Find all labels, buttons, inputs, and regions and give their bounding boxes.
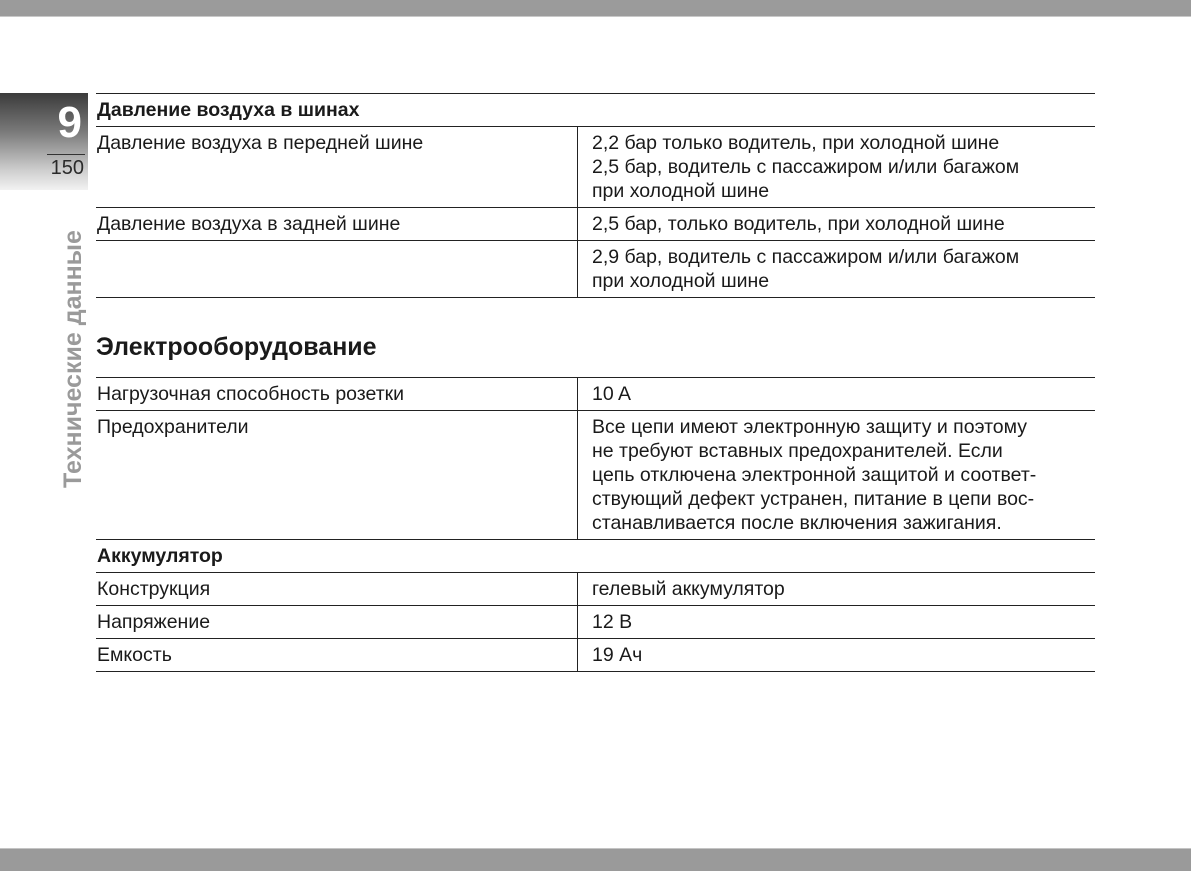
table-row: Нагрузочная способность розетки 10 A <box>96 378 1095 411</box>
row-value: 10 A <box>578 378 1096 411</box>
chapter-side-title: Технические данные <box>58 230 88 488</box>
value-line: при холодной шине <box>592 179 1095 203</box>
row-value: 19 Ач <box>578 639 1096 672</box>
page-number: 150 <box>51 155 84 181</box>
tire-pressure-section: Давление воздуха в шинах Давление воздух… <box>96 93 1095 298</box>
table-row: Давление воздуха в передней шине 2,2 бар… <box>96 127 1095 208</box>
row-label: Конструкция <box>96 573 578 606</box>
value-line: 2,5 бар, только водитель, при холодной ш… <box>592 212 1095 236</box>
row-label: Емкость <box>96 639 578 672</box>
tire-pressure-table: Давление воздуха в шинах Давление воздух… <box>96 93 1095 298</box>
table-group-header: Аккумулятор <box>96 540 1095 573</box>
bottom-bar <box>0 848 1191 871</box>
row-label: Давление воздуха в задней шине <box>96 208 578 241</box>
value-line: 2,9 бар, водитель с пассажиром и/или баг… <box>592 245 1095 269</box>
value-line: станавливается после включения зажигания… <box>592 511 1095 535</box>
top-bar <box>0 0 1191 17</box>
row-value: 2,2 бар только водитель, при холодной ши… <box>578 127 1096 208</box>
table-row: Давление воздуха в задней шине 2,5 бар, … <box>96 208 1095 241</box>
electrical-table: Нагрузочная способность розетки 10 A Пре… <box>96 377 1095 672</box>
row-label <box>96 241 578 298</box>
electrical-section: Нагрузочная способность розетки 10 A Пре… <box>96 377 1095 672</box>
value-line: 2,2 бар только водитель, при холодной ши… <box>592 131 1095 155</box>
table-row: 2,9 бар, водитель с пассажиром и/или баг… <box>96 241 1095 298</box>
section-heading-electrical: Электрооборудование <box>96 330 377 364</box>
row-value: гелевый аккумулятор <box>578 573 1096 606</box>
row-label: Нагрузочная способность розетки <box>96 378 578 411</box>
value-line: цепь отключена электронной защитой и соо… <box>592 463 1095 487</box>
row-label: Давление воздуха в передней шине <box>96 127 578 208</box>
row-value: 12 В <box>578 606 1096 639</box>
table-row: Емкость 19 Ач <box>96 639 1095 672</box>
value-line: не требуют вставных предохранителей. Есл… <box>592 439 1095 463</box>
row-value: 2,9 бар, водитель с пассажиром и/или баг… <box>578 241 1096 298</box>
row-label: Предохранители <box>96 411 578 540</box>
value-line: при холодной шине <box>592 269 1095 293</box>
value-line: 2,5 бар, водитель с пассажиром и/или баг… <box>592 155 1095 179</box>
table-row: Конструкция гелевый аккумулятор <box>96 573 1095 606</box>
group-title: Давление воздуха в шинах <box>96 94 1095 127</box>
table-row: Предохранители Все цепи имеют электронну… <box>96 411 1095 540</box>
row-label: Напряжение <box>96 606 578 639</box>
value-line: ствующий дефект устранен, питание в цепи… <box>592 487 1095 511</box>
table-row: Напряжение 12 В <box>96 606 1095 639</box>
row-value: Все цепи имеют электронную защиту и поэт… <box>578 411 1096 540</box>
table-group-header: Давление воздуха в шинах <box>96 94 1095 127</box>
value-line: 10 A <box>592 382 1095 406</box>
group-title: Аккумулятор <box>96 540 1095 573</box>
chapter-tab: 9 150 <box>0 93 88 190</box>
row-value: 2,5 бар, только водитель, при холодной ш… <box>578 208 1096 241</box>
value-line: Все цепи имеют электронную защиту и поэт… <box>592 415 1095 439</box>
chapter-number: 9 <box>58 97 82 149</box>
